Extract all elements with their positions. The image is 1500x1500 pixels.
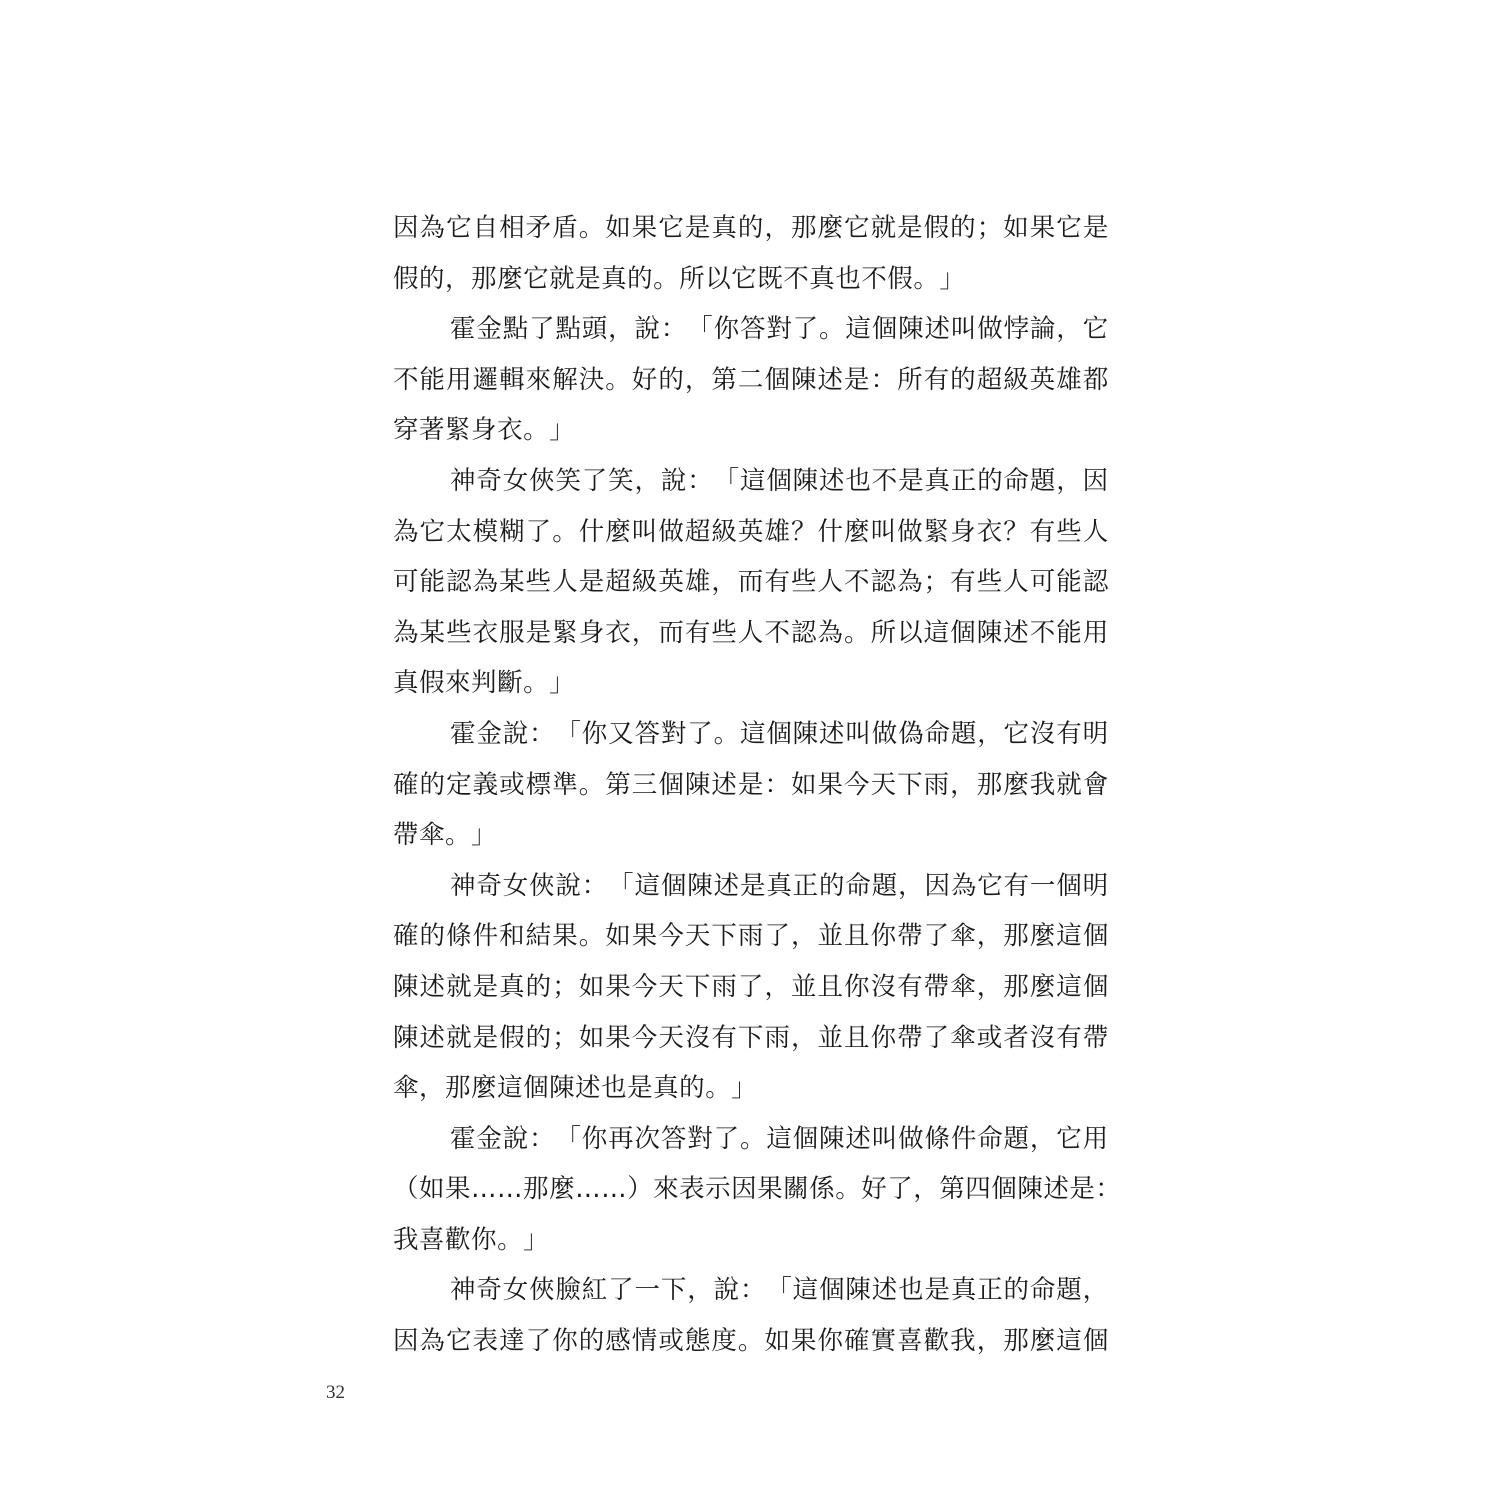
text-line: 神奇女俠笑了笑，說：「這個陳述也不是真正的命題，因: [393, 456, 1109, 507]
book-page: 因為它自相矛盾。如果它是真的，那麼它就是假的；如果它是 假的，那麼它就是真的。所…: [0, 0, 1500, 1500]
text-line: 確的定義或標準。第三個陳述是：如果今天下雨，那麼我就會: [393, 760, 1109, 811]
text-line: 因為它自相矛盾。如果它是真的，那麼它就是假的；如果它是: [393, 203, 1109, 254]
text-line: 陳述就是真的；如果今天下雨了，並且你沒有帶傘，那麼這個: [393, 962, 1109, 1013]
text-line: 因為它表達了你的感情或態度。如果你確實喜歡我，那麼這個: [393, 1316, 1109, 1367]
text-line: 霍金說：「你再次答對了。這個陳述叫做條件命題，它用: [393, 1114, 1109, 1165]
text-line: 霍金點了點頭，說：「你答對了。這個陳述叫做悖論，它: [393, 304, 1109, 355]
text-line: 陳述就是假的；如果今天沒有下雨，並且你帶了傘或者沒有帶: [393, 1013, 1109, 1064]
text-line: 帶傘。」: [393, 810, 1109, 861]
text-line: 為它太模糊了。什麼叫做超級英雄？什麼叫做緊身衣？有些人: [393, 507, 1109, 558]
text-line: 確的條件和結果。如果今天下雨了，並且你帶了傘，那麼這個: [393, 911, 1109, 962]
page-number: 32: [326, 1382, 345, 1404]
text-line: （如果……那麼……）來表示因果關係。好了，第四個陳述是：: [393, 1164, 1109, 1215]
text-line: 可能認為某些人是超級英雄，而有些人不認為；有些人可能認: [393, 557, 1109, 608]
text-line: 不能用邏輯來解決。好的，第二個陳述是：所有的超級英雄都: [393, 355, 1109, 406]
text-line: 傘，那麼這個陳述也是真的。」: [393, 1063, 1109, 1114]
text-line: 神奇女俠說：「這個陳述是真正的命題，因為它有一個明: [393, 861, 1109, 912]
text-line: 霍金說：「你又答對了。這個陳述叫做偽命題，它沒有明: [393, 709, 1109, 760]
text-line: 神奇女俠臉紅了一下，說：「這個陳述也是真正的命題，: [393, 1265, 1109, 1316]
text-line: 假的，那麼它就是真的。所以它既不真也不假。」: [393, 254, 1109, 305]
text-line: 穿著緊身衣。」: [393, 405, 1109, 456]
text-line: 我喜歡你。」: [393, 1215, 1109, 1266]
body-text: 因為它自相矛盾。如果它是真的，那麼它就是假的；如果它是 假的，那麼它就是真的。所…: [393, 203, 1109, 1367]
text-line: 真假來判斷。」: [393, 658, 1109, 709]
text-line: 為某些衣服是緊身衣，而有些人不認為。所以這個陳述不能用: [393, 608, 1109, 659]
